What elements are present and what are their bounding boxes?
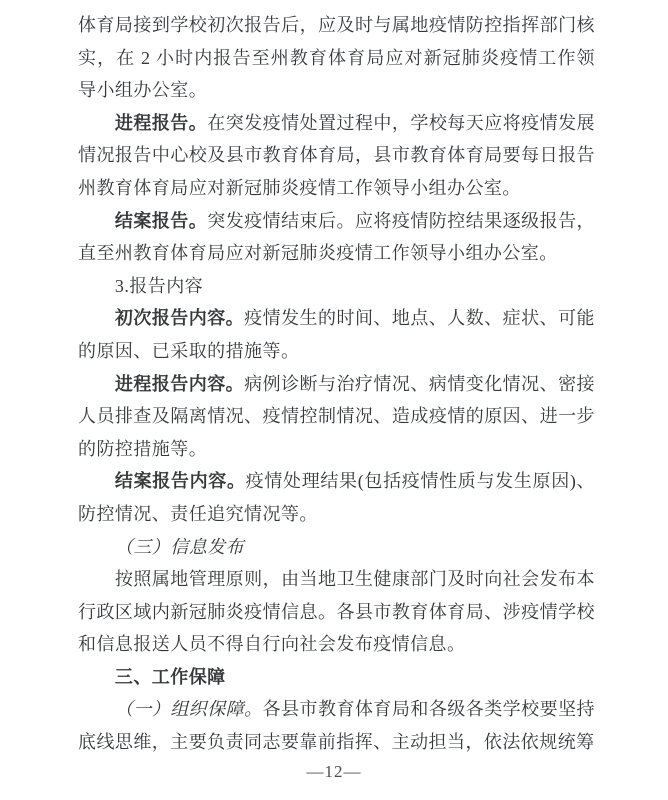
paragraph-initial-report-content: 初次报告内容。疫情发生的时间、地点、人数、症状、可能的原因、已采取的措施等。 xyxy=(78,302,595,367)
section-heading-text: 三、工作保障 xyxy=(115,667,226,687)
paragraph-text: 按照属地管理原则，由当地卫生健康部门及时向社会发布本行政区域内新冠肺炎疫情信息。… xyxy=(78,569,595,654)
paragraph-text: 3.报告内容 xyxy=(115,276,203,296)
section-heading-work-guarantee: 三、工作保障 xyxy=(78,661,595,694)
paragraph-final-report: 结案报告。突发疫情结束后。应将疫情防控结果逐级报告，直至州教育体育局应对新冠肺炎… xyxy=(78,205,595,270)
document-page: 体育局接到学校初次报告后，应及时与属地疫情防控指挥部门核实，在 2 小时内报告至… xyxy=(0,0,668,800)
paragraph-report-content-item: 3.报告内容 xyxy=(78,270,595,303)
paragraph-information-release-body: 按照属地管理原则，由当地卫生健康部门及时向社会发布本行政区域内新冠肺炎疫情信息。… xyxy=(78,563,595,661)
paragraph-progress-report: 进程报告。在突发疫情处置过程中，学校每天应将疫情发展情况报告中心校及县市教育体育… xyxy=(78,107,595,205)
document-body: 体育局接到学校初次报告后，应及时与属地疫情防控指挥部门核实，在 2 小时内报告至… xyxy=(78,9,595,759)
paragraph-text: 体育局接到学校初次报告后，应及时与属地疫情防控指挥部门核实，在 2 小时内报告至… xyxy=(78,15,595,100)
paragraph-progress-report-content: 进程报告内容。病例诊断与治疗情况、病情变化情况、密接人员排查及隔离情况、疫情控制… xyxy=(78,368,595,466)
bold-lead: 进程报告内容。 xyxy=(115,374,244,394)
paragraph-organizational-guarantee: （一）组织保障。各县市教育体育局和各级各类学校要坚持底线思维，主要负责同志要靠前… xyxy=(78,693,595,758)
page-number: —12— xyxy=(0,762,668,782)
bold-lead: 结案报告。 xyxy=(115,211,207,231)
subheading-information-release: （三）信息发布 xyxy=(78,531,595,564)
bold-lead: 进程报告。 xyxy=(115,113,207,133)
paragraph-final-report-content: 结案报告内容。疫情处理结果(包括疫情性质与发生原因)、防控情况、责任追究情况等。 xyxy=(78,465,595,530)
bold-lead: 结案报告内容。 xyxy=(115,471,246,491)
paragraph-continuation: 体育局接到学校初次报告后，应及时与属地疫情防控指挥部门核实，在 2 小时内报告至… xyxy=(78,9,595,107)
kai-lead: （一）组织保障。 xyxy=(115,699,263,719)
bold-lead: 初次报告内容。 xyxy=(115,308,244,328)
subheading-text: （三）信息发布 xyxy=(115,537,244,557)
